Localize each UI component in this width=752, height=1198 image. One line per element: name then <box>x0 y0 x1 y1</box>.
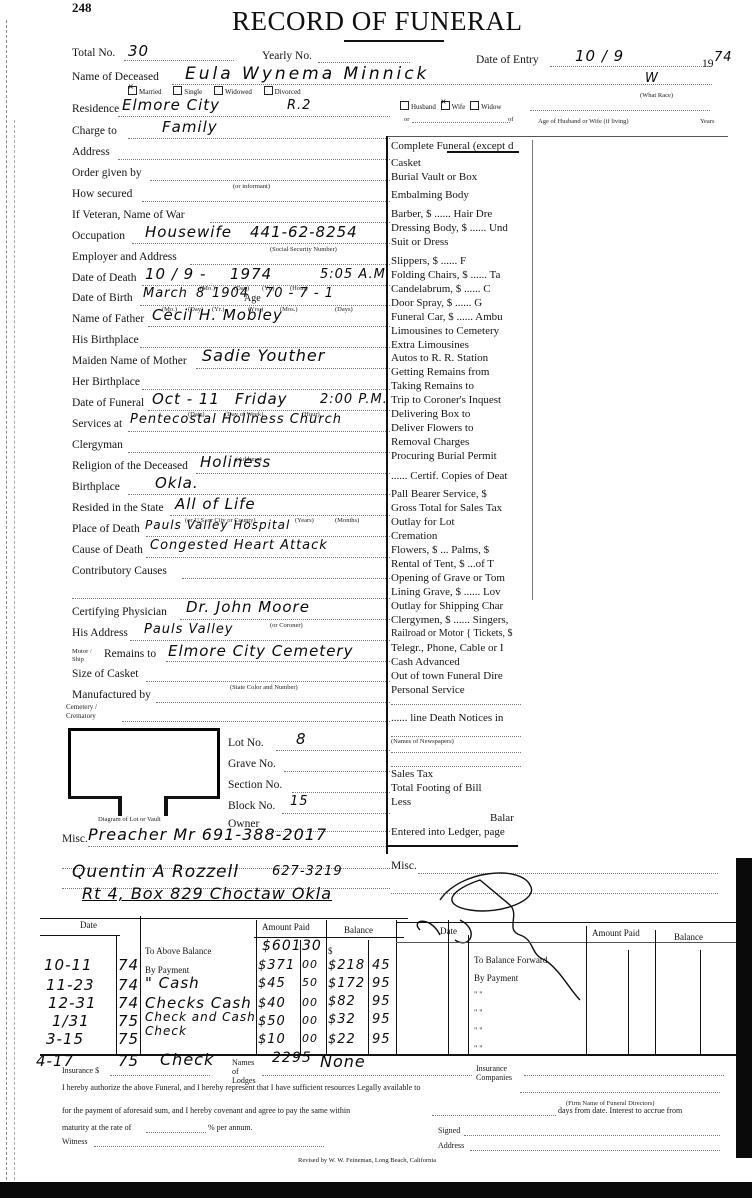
ledger-amount: $601 <box>262 938 302 954</box>
charge-item: Out of town Funeral Dire <box>391 670 503 682</box>
age-value: 70 - 7 - 1 <box>265 286 334 301</box>
charge-item: Embalming Body <box>391 189 469 201</box>
payment-text: for the payment of aforesaid sum, and I … <box>62 1106 350 1115</box>
ledger-amount-cents: 30 <box>302 938 322 954</box>
certifying-physician-label: Certifying Physician <box>72 606 167 618</box>
religion-label: Religion of the Deceased <box>72 460 188 472</box>
residence-label: Residence <box>72 103 119 115</box>
sublabel-months: (Months) <box>335 517 359 524</box>
misc-value: Preacher Mr 691-388-2017 <box>88 825 327 844</box>
charges-left-border <box>386 136 388 854</box>
her-birthplace-label: Her Birthplace <box>72 376 140 388</box>
occupation-label: Occupation <box>72 230 125 242</box>
charge-item: Lining Grave, $ ...... Lov <box>391 586 501 598</box>
yearly-no-label: Yearly No. <box>262 50 312 62</box>
ledger-right-row-desc: " " <box>474 1008 483 1017</box>
cause-of-death-label: Cause of Death <box>72 544 143 556</box>
sublabel-years: (Years) <box>295 517 314 524</box>
ledger-balance-cents: 95 <box>372 1032 391 1047</box>
charge-item: Burial Vault or Box <box>391 171 477 183</box>
ledger-year: 75 <box>118 1030 139 1048</box>
lodges-label: Names of Lodges <box>232 1058 262 1085</box>
residence-route: R.2 <box>287 98 311 113</box>
ledger-right-row-desc: To Balance Forward <box>474 955 547 965</box>
ledger-right-amount-header: Amount Paid <box>592 928 640 938</box>
ledger-amount: $40 <box>258 996 286 1011</box>
ledger-row-desc: Check and Cash <box>145 1010 256 1024</box>
resided-in-state-label: Resided in the State <box>72 502 164 514</box>
charge-item: Door Spray, $ ...... G <box>391 297 482 309</box>
physician-sublabel: (or Coroner) <box>270 622 303 629</box>
marital-status: Married Single Widowed Divorced <box>128 86 301 96</box>
date-of-entry-value: 10 / 9 <box>575 47 624 65</box>
address-label-footer: Address <box>438 1141 464 1150</box>
charge-to-value: Family <box>162 118 218 136</box>
father-name-value: Cecil H. Mobley <box>152 306 283 324</box>
date-of-entry-label: Date of Entry <box>476 54 539 66</box>
spouse-status: Husband Wife Widow <box>400 101 501 111</box>
ledger-right-row-desc: " " <box>474 990 483 999</box>
ledger-amount-header: Amount Paid <box>262 922 310 932</box>
year-value: 74 <box>714 50 733 65</box>
grave-no-label: Grave No. <box>228 758 276 770</box>
size-of-casket-label: Size of Casket <box>72 668 138 680</box>
funeral-day-of-week: Friday <box>235 390 288 408</box>
date-of-funeral-label: Date of Funeral <box>72 397 144 409</box>
race-value: W <box>645 71 659 86</box>
ledger-balance: $ <box>328 946 333 956</box>
age-spouse-label: Age of Husband or Wife (if living) <box>538 118 629 125</box>
charge-item: Suit or Dress <box>391 236 448 248</box>
title-underline <box>344 40 444 42</box>
charge-item: Delivering Box to <box>391 408 470 420</box>
block-no-value: 15 <box>290 794 309 809</box>
remains-to-value: Elmore City Cemetery <box>168 642 353 660</box>
his-address-label: His Address <box>72 627 128 639</box>
ledger-date: 12-31 <box>48 994 97 1012</box>
charge-to-label: Charge to <box>72 125 117 137</box>
charges-right-border <box>532 140 533 600</box>
how-secured-label: How secured <box>72 188 132 200</box>
section-no-label: Section No. <box>228 779 282 791</box>
death-year: 1974 <box>230 265 272 283</box>
charge-item: Autos to R. R. Station <box>391 352 488 364</box>
contributory-causes-label: Contributory Causes <box>72 565 167 577</box>
charge-item: Removal Charges <box>391 436 469 448</box>
checkbox-widowed[interactable]: Widowed <box>214 88 252 96</box>
ledger-year: 75 <box>118 1052 139 1070</box>
contact-phone: 627-3219 <box>272 864 343 879</box>
charge-item: Clergymen, $ ...... Singers, <box>391 614 508 626</box>
signed-label: Signed <box>438 1126 460 1135</box>
charge-item: Cremation <box>391 530 437 542</box>
occupation-value: Housewife <box>145 223 232 241</box>
total-no-label: Total No. <box>72 47 115 59</box>
checkbox-widow[interactable]: Widow <box>470 103 501 111</box>
ledger-year: 74 <box>118 976 139 994</box>
charge-item: Railroad or Motor { Tickets, $ <box>391 628 512 639</box>
charges-bottom-rule <box>388 845 518 847</box>
motor-ship-label: Motor / Ship <box>72 648 96 664</box>
ledger-row-desc: To Above Balance <box>145 946 211 956</box>
birthplace-value: Okla. <box>155 474 199 492</box>
resided-in-state-value: All of Life <box>175 495 256 513</box>
his-address-value: Pauls Valley <box>144 622 234 637</box>
page-number: 248 <box>72 0 92 16</box>
order-given-by-label: Order given by <box>72 167 142 179</box>
charge-item: Flowers, $ ... Palms, $ <box>391 544 489 556</box>
contact-name: Quentin A Rozzell <box>72 862 239 882</box>
or-label: or <box>404 116 409 123</box>
manufactured-by-label: Manufactured by <box>72 689 151 701</box>
services-at-value: Pentecostal Holiness Church <box>130 412 342 427</box>
ledger-amount: $371 <box>258 958 295 973</box>
cause-of-death-value: Congested Heart Attack <box>150 538 328 553</box>
lot-diagram <box>68 728 220 799</box>
days-text: days from date. Interest to accrue from <box>558 1106 682 1115</box>
document-title: RECORD OF FUNERAL <box>232 6 523 37</box>
of-label: of <box>508 116 513 123</box>
ledger-final-balance: None <box>320 1052 366 1071</box>
maturity-text: maturity at the rate of <box>62 1123 131 1132</box>
authorize-text: I hereby authorize the above Funeral, an… <box>62 1083 420 1092</box>
religion-value: Holiness <box>200 453 271 471</box>
race-label: (What Race) <box>640 92 673 99</box>
signature-scribble <box>400 860 600 1010</box>
ledger-row-desc: Check <box>145 1024 187 1038</box>
remains-to-label: Remains to <box>104 648 156 660</box>
ledger-balance-header: Balance <box>344 925 373 935</box>
charge-item: Getting Remains from <box>391 366 489 378</box>
checkbox-husband[interactable]: Husband <box>400 103 436 111</box>
lot-diagram-label: Diagram of Lot or Vault <box>98 816 161 823</box>
ledger-balance: $32 <box>328 1012 356 1027</box>
charge-item: Gross Total for Sales Tax <box>391 502 502 514</box>
lot-no-label: Lot No. <box>228 737 264 749</box>
checkbox-wife[interactable]: Wife <box>441 103 466 111</box>
charge-item: Casket <box>391 157 421 169</box>
charge-item: Complete Funeral (except d <box>391 140 514 152</box>
ledger-amount: $45 <box>258 976 286 991</box>
date-of-death-label: Date of Death <box>72 272 137 284</box>
ledger-amount: $10 <box>258 1032 286 1047</box>
charge-item: Procuring Burial Permit <box>391 450 497 462</box>
ledger-balance-cents: 95 <box>372 994 391 1009</box>
employer-label: Employer and Address <box>72 251 177 263</box>
mother-maiden-name-value: Sadie Youther <box>202 346 325 365</box>
insurance-companies-label: Insurance Companies <box>476 1064 526 1082</box>
date-of-death-value: 10 / 9 - <box>145 265 206 283</box>
charge-item: Rental of Tent, $ ...of T <box>391 558 494 570</box>
charge-item: Balar <box>490 812 514 824</box>
birthplace-label: Birthplace <box>72 481 120 493</box>
casket-sublabel: (State Color and Number) <box>230 684 298 691</box>
charge-item: Cash Advanced <box>391 656 460 668</box>
sublabel-days: (Days) <box>335 306 353 313</box>
revised-by: Revised by W. W. Feineman, Long Beach, C… <box>298 1157 436 1164</box>
percent-text: % per annum. <box>208 1123 253 1132</box>
ledger-final-amount: 22 <box>272 1050 292 1066</box>
charge-item: ...... Certif. Copies of Deat <box>391 470 507 482</box>
scan-edge-bottom <box>0 1182 752 1198</box>
charge-item: ...... line Death Notices in <box>391 712 503 724</box>
father-name-label: Name of Father <box>72 313 144 325</box>
certifying-physician-value: Dr. John Moore <box>186 598 310 616</box>
ledger-balance: $218 <box>328 958 365 973</box>
age-label: Age <box>244 293 261 304</box>
ledger-right-row-desc: " " <box>474 1044 483 1053</box>
order-given-by-sublabel: (or informant) <box>233 183 270 190</box>
charge-item: Candelabrum, $ ...... C <box>391 283 491 295</box>
clergyman-label: Clergyman <box>72 439 123 451</box>
ledger-balance-cents: 95 <box>372 1012 391 1027</box>
name-of-deceased-label: Name of Deceased <box>72 71 159 83</box>
ledger-amount-cents: 50 <box>302 976 318 989</box>
ledger-row-desc: " Cash <box>145 974 200 992</box>
lot-no-value: 8 <box>296 730 307 748</box>
ledger-amount-cents: 00 <box>302 1032 318 1045</box>
charge-item: Limousines to Cemetery <box>391 325 499 337</box>
charge-item: Personal Service <box>391 684 465 696</box>
charge-item: Dressing Body, $ ...... Und <box>391 222 508 234</box>
social-security-number: 441-62-8254 <box>250 223 358 241</box>
scan-edge-right <box>736 858 752 1158</box>
ledger-right-balance-header: Balance <box>674 932 703 942</box>
ledger-right-row-desc: " " <box>474 1026 483 1035</box>
ledger-year: 74 <box>118 956 139 974</box>
date-of-birth-label: Date of Birth <box>72 292 133 304</box>
witness-label: Witness <box>62 1137 87 1146</box>
block-no-label: Block No. <box>228 800 275 812</box>
ledger-amount: $50 <box>258 1014 286 1029</box>
charge-item: Trip to Coroner's Inquest <box>391 394 501 406</box>
charge-item: Opening of Grave or Tom <box>391 572 505 584</box>
contact-address: Rt 4, Box 829 Choctaw Okla <box>82 884 332 903</box>
charge-item: Outlay for Shipping Char <box>391 600 503 612</box>
year-prefix: 19 <box>702 58 714 70</box>
ledger-amount-cents: 00 <box>302 996 318 1009</box>
birth-month: March <box>143 286 188 301</box>
charge-item: Folding Chairs, $ ...... Ta <box>391 269 500 281</box>
ledger-balance: $22 <box>328 1032 356 1047</box>
checkbox-married[interactable]: Married <box>128 88 162 96</box>
checkbox-single[interactable]: Single <box>173 88 202 96</box>
ledger-year: 75 <box>118 1012 139 1030</box>
total-no-value: 30 <box>128 42 149 60</box>
residence-value: Elmore City <box>122 96 220 114</box>
ledger-balance-cents: 95 <box>372 976 391 991</box>
newspapers-sublabel: (Names of Newspapers) <box>391 738 454 745</box>
charge-item: Barber, $ ...... Hair Dre <box>391 208 492 220</box>
charge-item: Funeral Car, $ ...... Ambu <box>391 311 503 323</box>
cemetery-crematory-label: Cemetery / Crematory <box>66 703 106 721</box>
death-hour: 5:05 A.M. <box>320 267 391 282</box>
ledger-date: 3-15 <box>46 1030 84 1048</box>
ledger-date: 1/31 <box>52 1012 90 1030</box>
deceased-name: Eula Wynema Minnick <box>185 64 429 84</box>
charge-item: Sales Tax <box>391 768 433 780</box>
ledger-final-amount-cents: 95 <box>292 1050 312 1066</box>
ledger-date: 11-23 <box>46 976 95 994</box>
mother-maiden-name-label: Maiden Name of Mother <box>72 355 187 367</box>
ledger-amount-cents: 00 <box>302 1014 318 1027</box>
ledger-balance: $172 <box>328 976 365 991</box>
ledger-amount-cents: 00 <box>302 958 318 971</box>
charge-item: Extra Limousines <box>391 339 469 351</box>
years-label: Years <box>700 118 715 125</box>
his-birthplace-label: His Birthplace <box>72 334 139 346</box>
scan-edge-left <box>6 20 8 1180</box>
funeral-date: Oct - 11 <box>152 390 220 408</box>
charge-item: Slippers, $ ...... F <box>391 255 466 267</box>
ledger-right-row-desc: By Payment <box>474 973 518 983</box>
charge-item: Pall Bearer Service, $ <box>391 488 487 500</box>
charge-item: Deliver Flowers to <box>391 422 473 434</box>
ledger-date-header: Date <box>80 920 97 930</box>
services-at-label: Services at <box>72 418 122 430</box>
ledger-balance-cents: 45 <box>372 958 391 973</box>
funeral-hour: 2:00 P.M. <box>320 392 388 407</box>
birth-day: 8 <box>196 286 205 301</box>
insurance-label: Insurance $ <box>62 1066 99 1075</box>
misc-label: Misc. <box>62 833 88 845</box>
charge-item: Taking Remains to <box>391 380 474 392</box>
charge-item: Outlay for Lot <box>391 516 455 528</box>
ledger-year: 74 <box>118 994 139 1012</box>
ledger-date: 10-11 <box>44 956 93 974</box>
address-label: Address <box>72 146 110 158</box>
place-of-death-label: Place of Death <box>72 523 140 535</box>
charges-top-border <box>388 136 728 137</box>
ssn-sublabel: (Social Security Number) <box>270 246 337 253</box>
veteran-label: If Veteran, Name of War <box>72 209 185 221</box>
charge-item: Total Footing of Bill <box>391 782 482 794</box>
charge-item: Less <box>391 796 411 808</box>
ledger-balance: $82 <box>328 994 356 1009</box>
scan-edge-left-2 <box>14 120 16 1180</box>
ledger-row-desc: Check <box>160 1050 214 1069</box>
place-of-death-value: Pauls Valley Hospital <box>145 518 290 532</box>
charge-item: Telegr., Phone, Cable or I <box>391 642 504 654</box>
charge-item: Entered into Ledger, page <box>391 826 505 838</box>
checkbox-divorced[interactable]: Divorced <box>264 88 301 96</box>
